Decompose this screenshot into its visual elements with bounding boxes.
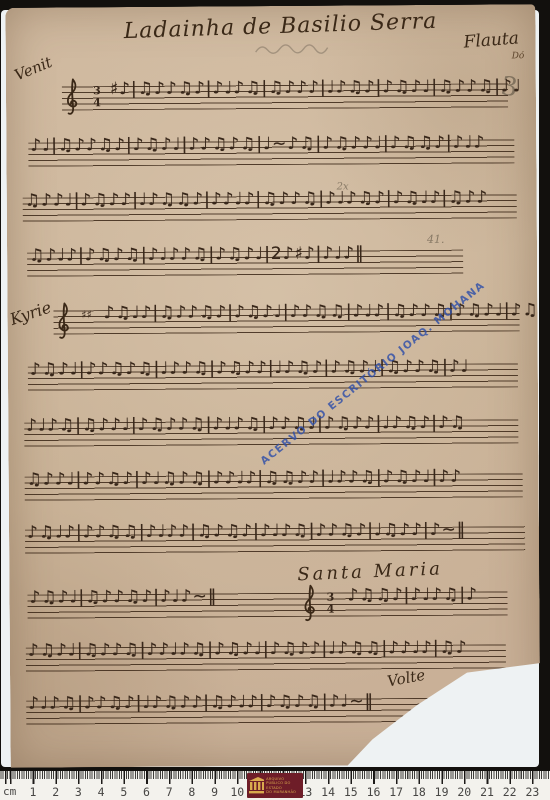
staff-row: ♪♩♪♫|♫♪♪♩|♪♫♪♪♫|♪♩♪♫|♪♪♫♩|♪♫♪♪|♩♪♫♪|♪♫ (24, 419, 518, 446)
note-run: ♫♪♪♩|♪♫♪♪|♩♪♫♫♪|♪♪♩♪|♫♪♪♫|♪♩♪♫♪|♪♫♩♪|♫♪♪ (25, 187, 489, 210)
treble-clef-icon (53, 301, 73, 343)
ruler-number: 15 (344, 785, 358, 799)
ruler-number: 17 (389, 785, 403, 799)
ruler-number: 16 (367, 785, 381, 799)
archive-logo-text: ARQUIVO PÚBLICO DO ESTADO DO MARANHÃO (266, 777, 301, 795)
staff-row: ♪♫♪♩|♪♪♫♪♫|♩♪♪♫|♪♫♪♪|♩♪♫♪|♪♫♪♩|♫♪♪♫|♪♩ (28, 363, 518, 390)
treble-clef-icon (62, 77, 82, 119)
ruler-number: 7 (166, 785, 173, 799)
staff-row: ♫♪♩♪|♪♫♪♫|♪♩♪♪♫|♪♫♪♩|2♪♯♪|♪♩♪‖ (27, 250, 463, 277)
staff-row: ♫♪♪♩|♪♪♫♪|♪♩♫♪♫|♪♪♩♪|♫♫♪♪|♩♪♪♫|♪♫♪♩|♪♪ (25, 473, 523, 500)
note-run: ♫♪♪♩|♪♪♫♪|♪♩♫♪♫|♪♪♩♪|♫♫♪♪|♩♪♪♫|♪♫♪♩|♪♪ (27, 467, 463, 490)
scanned-manuscript-photo: Ladainha de Basilio Serra Flauta Dó Veni… (0, 0, 550, 800)
ruler-number: 4 (98, 785, 105, 799)
music-staves: 34♯♪|♫♪♪♫♪|♪♩♪♫|♫♪♪♪|♩♪♫♪|♪♫♪♩|♫♪♪♫|♪♩ ♪… (5, 4, 535, 8)
note-run: ♪♩|♫♪♪♫♪|♪♫♪♩|♪♪♫♪♫|♩~♪♫|♪♫♪♪♩|♪♫♫♪|♪♩♪ (30, 133, 485, 156)
ruler-number: 2 (52, 785, 59, 799)
staff-row: 34♪♫♪♩|♫♪♪♫♪|♪♩♪~‖♪♫♫♪|♪♩♪♫|♪ (27, 591, 507, 618)
instrument-label: Flauta (463, 28, 520, 52)
section-label-venit: Venit (12, 53, 55, 84)
ruler-number: 6 (143, 785, 150, 799)
note-run: ♪♫♪♩|♫♪♪♫|♪♪♩♪♫|♪♫♪♩|♪♫♪♪|♩♪♫♫|♪♪♩♪|♫♪ (28, 638, 468, 661)
staff-row: ♪♫♩♪|♪♪♫♫|♪♩♪♪|♫♪♫♪|♪♩♪♫|♪♪♫♪|♩♫♪♪|♪~‖ (25, 526, 525, 553)
ruler-number: 1 (30, 785, 37, 799)
logo-line-2: PÚBLICO DO ESTADO (266, 781, 301, 790)
time-signature: 34 (90, 85, 104, 109)
ruler-number: 19 (435, 785, 449, 799)
archive-logo: ARQUIVO PÚBLICO DO ESTADO DO MARANHÃO (247, 773, 303, 798)
note-run: ♫♪♩♪|♪♫♪♫|♪♩♪♪♫|♪♫♪♩|2♪♯♪|♪♩♪‖ (29, 243, 365, 265)
ruler-number: 20 (457, 785, 471, 799)
ruler-number: 14 (321, 785, 335, 799)
ruler-unit-label: cm (3, 785, 16, 798)
instrument-key-label: Dó (512, 51, 525, 61)
note-run: ♯♪|♫♪♪♫♪|♪♩♪♫|♫♪♪♪|♩♪♫♪|♪♫♪♩|♫♪♪♫|♪♩ (110, 76, 522, 99)
staff-row: 34♯♪|♫♪♪♫♪|♪♩♪♫|♫♪♪♪|♩♪♫♪|♪♫♪♩|♫♪♪♫|♪♩ (62, 83, 508, 110)
direction-volte: Volte (386, 666, 427, 691)
treble-clef-icon (299, 584, 319, 626)
note-run: ♪♫♪♩|♪♪♫♪♫|♩♪♪♫|♪♫♪♪|♩♪♫♪|♪♫♪♩|♫♪♪♫|♪♩ (30, 357, 470, 380)
ruler-number: 9 (211, 785, 218, 799)
note-run: ♪♫♩♪|♪♪♫♫|♪♩♪♪|♫♪♫♪|♪♩♪♫|♪♪♫♪|♩♫♪♪|♪~‖ (27, 520, 466, 543)
staff-row: ♫♪♪♩|♪♫♪♪|♩♪♫♫♪|♪♪♩♪|♫♪♪♫|♪♩♪♫♪|♪♫♩♪|♫♪♪ (23, 194, 517, 221)
ruler-number: 3 (75, 785, 82, 799)
time-signature: 34 (323, 592, 337, 616)
staff-row: ♪♩|♫♪♪♫♪|♪♫♪♩|♪♪♫♪♫|♩~♪♫|♪♫♪♪♩|♪♫♫♪|♪♩♪ (28, 139, 514, 166)
ruler-number: 18 (412, 785, 426, 799)
staff-row: ♪♫♪♩|♫♪♪♫|♪♪♩♪♫|♪♫♪♩|♪♫♪♪|♩♪♫♫|♪♪♩♪|♫♪ (26, 644, 506, 671)
measuring-ruler: cm 1234567891011121314151617181920212223… (0, 771, 550, 800)
note-run: ♪♫♫♪|♪♩♪♫|♪ (347, 585, 478, 606)
ruler-number: 23 (525, 785, 539, 799)
pencil-scribble (254, 39, 346, 58)
time-signature: ♯♯ (79, 309, 93, 321)
manuscript-page: Ladainha de Basilio Serra Flauta Dó Veni… (5, 4, 540, 768)
pencil-measure-number: 41. (427, 233, 445, 246)
ruler-number: 8 (188, 785, 195, 799)
note-run: ♪♩♪♫|♫♪♪♩|♪♫♪♪♫|♪♩♪♫|♪♪♫♩|♪♫♪♪|♩♪♫♪|♪♫ (26, 413, 466, 436)
note-run: ♪♫♩♪|♫♪♪♫♪|♪♫♪♩|♪♪♫♫|♪♩♪|♫♪♪♫|♪♫♪♩|♪♫ (103, 300, 538, 323)
ruler-number: 10 (230, 785, 244, 799)
staff-row: ♪♩♪♫|♪♪♫♪|♩♪♫♪♪|♫♪♩♪|♪♫♪♫|♪♩~‖ (26, 698, 450, 725)
ruler-number: 22 (503, 785, 517, 799)
section-label-kyrie: Kyrie (8, 298, 54, 329)
note-run: ♪♫♪♩|♫♪♪♫♪|♪♩♪~‖ (29, 586, 217, 607)
note-run: ♪♩♪♫|♪♪♫♪|♩♪♫♪♪|♫♪♩♪|♪♫♪♫|♪♩~‖ (28, 691, 374, 713)
ruler-number: 21 (480, 785, 494, 799)
logo-line-3: DO MARANHÃO (266, 790, 301, 794)
ruler-number: 5 (120, 785, 127, 799)
section-label-santa-maria: Santa Maria (297, 558, 443, 585)
building-icon (249, 777, 264, 794)
